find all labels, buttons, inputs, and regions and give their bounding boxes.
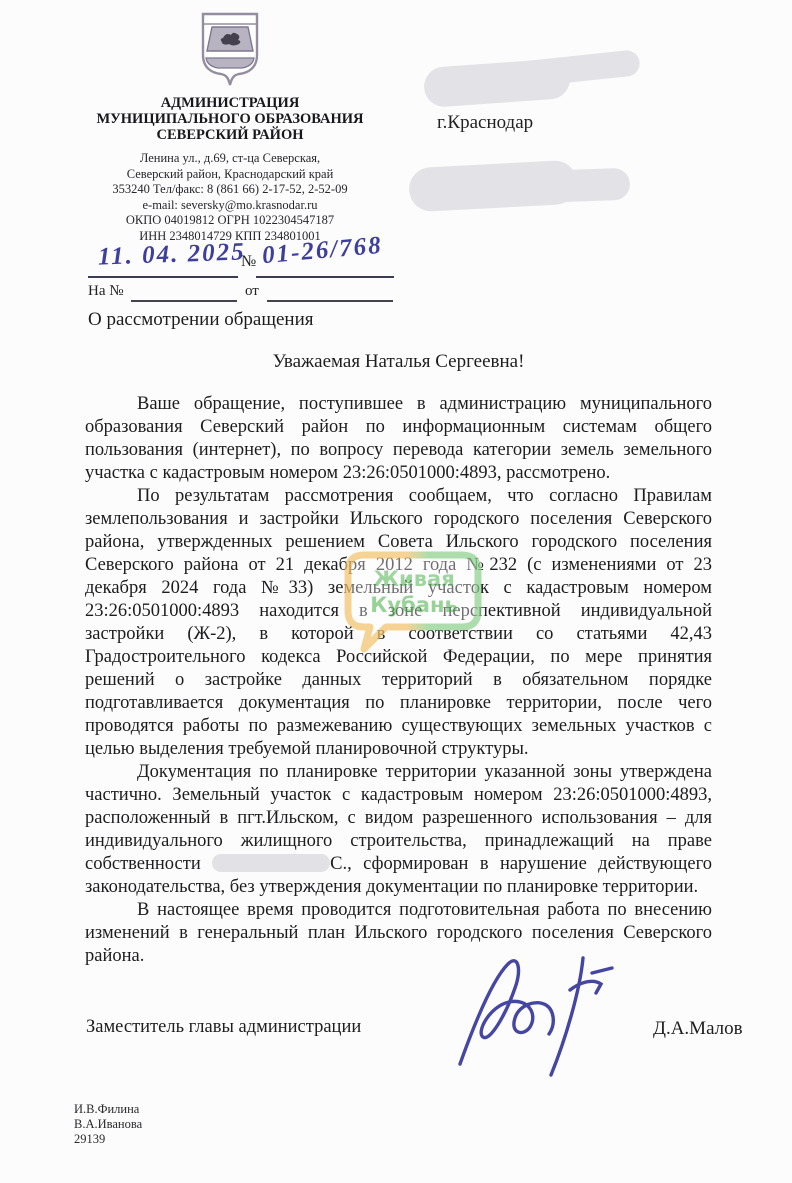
executor-phone: 29139 [74, 1132, 142, 1147]
paragraph: Ваше обращение, поступившее в администра… [85, 393, 712, 485]
org-title-line: МУНИЦИПАЛЬНОГО ОБРАЗОВАНИЯ [68, 111, 392, 127]
executor-footer: И.В.Филина В.А.Иванова 29139 [74, 1102, 142, 1147]
address-line: Северский район, Краснодарский край [68, 167, 392, 183]
paragraph: Документация по планировке территории ук… [85, 761, 712, 899]
redaction-blob [497, 168, 630, 205]
paragraph: По результатам рассмотрения сообщаем, чт… [85, 485, 712, 761]
handwritten-date: 11. 04. 2025 [98, 238, 247, 271]
reply-number-underline [131, 300, 237, 302]
recipient-city: г.Краснодар [437, 112, 533, 134]
address-line: Ленина ул., д.69, ст-ца Северская, [68, 151, 392, 167]
org-title-line: СЕВЕРСКИЙ РАЙОН [68, 127, 392, 143]
signoff-name: Д.А.Малов [653, 1018, 743, 1040]
reply-from-label: от [245, 283, 259, 300]
letter-body: Ваше обращение, поступившее в администра… [85, 393, 712, 968]
signature-ink [452, 944, 642, 1079]
executor-name: И.В.Филина [74, 1102, 142, 1117]
org-title: АДМИНИСТРАЦИЯ МУНИЦИПАЛЬНОГО ОБРАЗОВАНИЯ… [68, 95, 392, 143]
executor-name: В.А.Иванова [74, 1117, 142, 1132]
redaction-blob-inline [212, 854, 330, 872]
number-underline [256, 276, 394, 278]
reply-to-label: На № [88, 283, 124, 300]
salutation: Уважаемая Наталья Сергеевна! [85, 351, 712, 373]
org-address: Ленина ул., д.69, ст-ца Северская, Север… [68, 151, 392, 244]
letterhead: АДМИНИСТРАЦИЯ МУНИЦИПАЛЬНОГО ОБРАЗОВАНИЯ… [68, 95, 392, 244]
org-title-line: АДМИНИСТРАЦИЯ [68, 95, 392, 111]
date-underline [88, 276, 238, 278]
reply-date-underline [267, 300, 393, 302]
address-line: e-mail: seversky@mo.krasnodar.ru [68, 198, 392, 214]
address-line: 353240 Тел/факс: 8 (861 66) 2-17-52, 2-5… [68, 182, 392, 198]
coat-of-arms-icon [199, 11, 261, 89]
scanned-letter-page: АДМИНИСТРАЦИЯ МУНИЦИПАЛЬНОГО ОБРАЗОВАНИЯ… [0, 0, 792, 1183]
subject-line: О рассмотрении обращения [88, 309, 314, 331]
address-line: ОКПО 04019812 ОГРН 1022304547187 [68, 213, 392, 229]
signoff-position-title: Заместитель главы администрации [86, 1017, 361, 1038]
number-label: № [241, 253, 256, 271]
